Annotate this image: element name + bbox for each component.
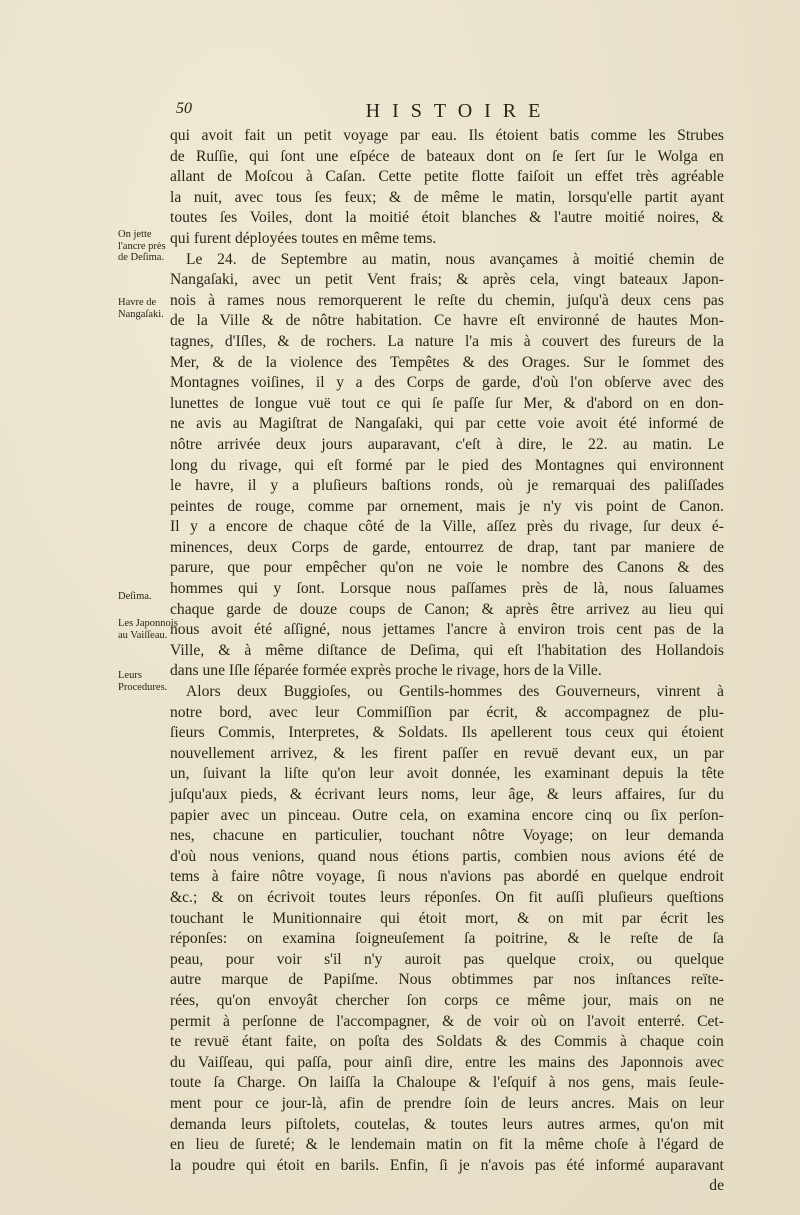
text-line: minences,deuxCorpsdegarde,entourrezdedra… — [170, 538, 724, 559]
text-line: tagnes,d'Iſles,&derochers.Lanaturel'amis… — [170, 332, 724, 353]
text-line: &c.;&onécrivoittoutesleursréponſes.Onfit… — [170, 888, 724, 909]
text-line: Le24.deSeptembreaumatin,nousavançamesàmo… — [170, 250, 724, 271]
text-line: allantdeMoſcouàCaſan.Cettepetiteflottefa… — [170, 167, 724, 188]
text-line: lapoudrequiétoitenbarils.Enfin,ſijen'avo… — [170, 1156, 724, 1177]
text-line: autremarquedePapiſme.Nousobtimmesparnosi… — [170, 970, 724, 991]
text-line: lehavre,ilyapluſieursbaſtionsronds,oùjer… — [170, 476, 724, 497]
text-line: quiavoitfaitunpetitvoyagepareau.Ilsétoie… — [170, 126, 724, 147]
text-line: AlorsdeuxBuggioſes,ouGentils-hommesdesGo… — [170, 682, 724, 703]
text-line: duVaiſſeau,quipaſſa,pourainſidire,entrel… — [170, 1053, 724, 1074]
text-line: noisàramesnousremorquerentlereſteduchemi… — [170, 291, 724, 312]
margin-note-procedures: Leurs Procedures. — [118, 670, 178, 693]
text-line: Nangaſaki,avecunpetitVentfrais;&aprèscel… — [170, 270, 724, 291]
text-line: mentpourcejour-là,afindeprendreſoindeleu… — [170, 1094, 724, 1115]
text-line: dans une Iſle ſéparée formée exprès proc… — [170, 661, 724, 682]
margin-note-havre: Havre de Nangaſaki. — [118, 297, 178, 320]
body-text: quiavoitfaitunpetitvoyagepareau.Ilsétoie… — [170, 126, 724, 1197]
text-line: d'oùnousvenions,quandnousétionspartis,co… — [170, 847, 724, 868]
text-line: touteſaCharge.OnlaiſſalaChaloupe&l'eſqui… — [170, 1073, 724, 1094]
text-line: nôtrearrivéedeuxjoursauparavant,c'eſtàdi… — [170, 435, 724, 456]
text-line: rées,qu'onenvoyâtchercherſoncorpscemêmej… — [170, 991, 724, 1012]
text-line: qui furent déployées toutes en même tems… — [170, 229, 724, 250]
text-line: toutesſesVoiles,dontlamoitiéétoitblanche… — [170, 208, 724, 229]
book-page: 50 HISTOIRE quiavoitfaitunpetitvoyagepar… — [0, 0, 800, 1215]
text-line: papieravecunpinceau.Outrecela,onexaminae… — [170, 806, 724, 827]
text-line: nes,chacuneenparticulier,touchantnôtreVo… — [170, 826, 724, 847]
text-line: neavisauMagiſtratdeNangaſaki,quiparcette… — [170, 414, 724, 435]
text-line: peintesderouge,commeparornement,maisjen'… — [170, 497, 724, 518]
text-line: Mer,&delaviolencedesTempêtes&desOrages.S… — [170, 353, 724, 374]
text-line: hommesquiyſont.Lorsquenouspaſſamesprèsde… — [170, 579, 724, 600]
text-line: un,ſuivantlaliſtequ'onleuravoitdonnée,le… — [170, 764, 724, 785]
text-line: notrebord,avecleurCommiſſionparécrit,&ac… — [170, 703, 724, 724]
text-line: demandaleurspiſtolets,coutelas,&toutesle… — [170, 1115, 724, 1136]
text-line: deRuſſie,quiſontuneeſpécedebateauxdonton… — [170, 147, 724, 168]
text-line: permitàperſonnedel'accompagner,&devoiroù… — [170, 1012, 724, 1033]
margin-note-japonnois: Les Japonnois au Vaiſſeau. — [118, 618, 178, 641]
text-line: réponſes:onexaminaſoigneuſementſapoitrin… — [170, 929, 724, 950]
text-line: touchantleMunitionnairequiétoitmort,&onm… — [170, 909, 724, 930]
text-line: juſqu'auxpieds,&écrivantleursnoms,leurâg… — [170, 785, 724, 806]
text-line: lanuit,avectousſesfeux;&demêmelematin,lo… — [170, 188, 724, 209]
text-line: nousavoitétéaſſigné,nousjettamesl'ancreà… — [170, 620, 724, 641]
catchword: de — [170, 1176, 724, 1197]
text-line: delaVille&denôtrehabitation.Cehavreeſten… — [170, 311, 724, 332]
margin-note-anchor: On jette l'ancre près de Deſima. — [118, 229, 178, 264]
text-line: temsàfairenôtrevoyage,ſinousn'avionspasa… — [170, 867, 724, 888]
text-line: longdurivage,quieſtforméparlepieddesMont… — [170, 456, 724, 477]
text-line: Montagnesvoiſines,ilyadesCorpsdegarde,d'… — [170, 373, 724, 394]
text-line: enlieudeſureté;&lelendemainmatinonfitlam… — [170, 1135, 724, 1156]
text-line: nouvellementarrivez,&lesfirentpaſſerenre… — [170, 744, 724, 765]
margin-note-desima: Deſima. — [118, 591, 178, 603]
text-line: Ville,&àmêmediſtancedeDeſima,quieſtl'hab… — [170, 641, 724, 662]
text-line: lunettesdelonguevuëtoutcequiſepaſſeſurMe… — [170, 394, 724, 415]
text-line: chaquegardededouzecoupsdeCanon;&aprèsêtr… — [170, 600, 724, 621]
text-line: IlyaencoredechaquecôtédelaVille,aſſezprè… — [170, 517, 724, 538]
text-line: parure,quepourempêcherqu'onnevoielenombr… — [170, 558, 724, 579]
page-header: 50 HISTOIRE — [176, 100, 736, 124]
text-line: peau,pourvoirs'iln'yauroitpasquelquecroi… — [170, 950, 724, 971]
text-line: ſieursCommis,Interpretes,&Soldats.Ilsape… — [170, 723, 724, 744]
text-line: terevuëétantfaite,onpoſtadesSoldats&desC… — [170, 1032, 724, 1053]
running-title: HISTOIRE — [176, 100, 736, 123]
